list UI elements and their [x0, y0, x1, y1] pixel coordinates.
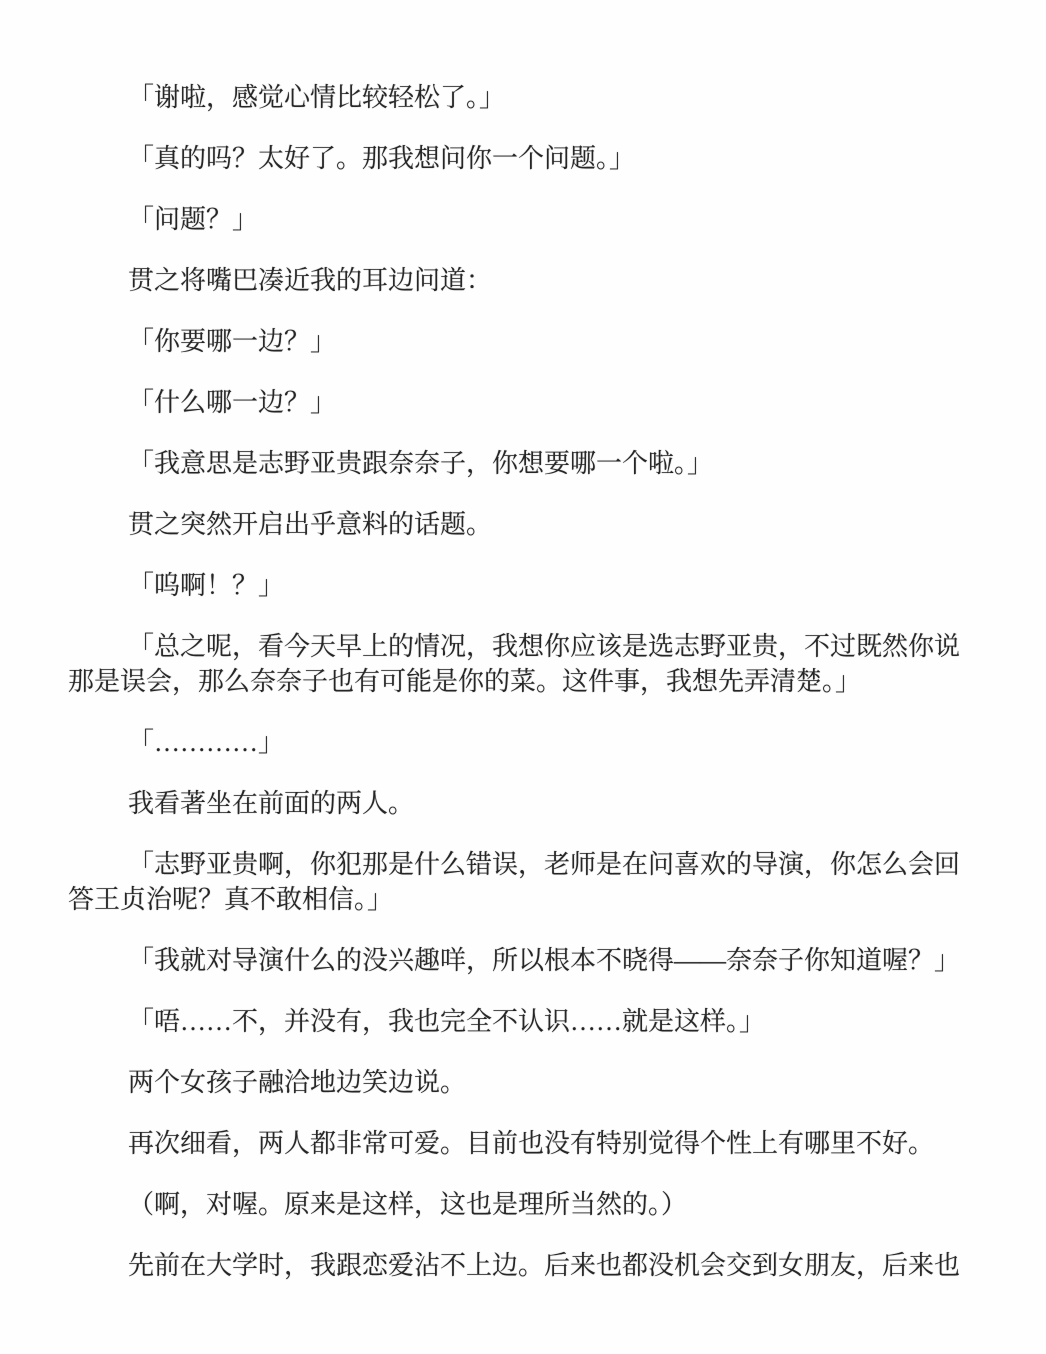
text-line: 「我意思是志野亚贵跟奈奈子，你想要哪一个啦。」 [68, 446, 976, 481]
paragraph: （啊，对喔。原来是这样，这也是理所当然的。） [68, 1187, 976, 1222]
text-line: 再次细看，两人都非常可爱。目前也没有特别觉得个性上有哪里不好。 [68, 1126, 976, 1161]
novel-page: 「谢啦，感觉心情比较轻松了。」 「真的吗？太好了。那我想问你一个问题。」 「问题… [0, 0, 1046, 1354]
text-line: 「总之呢，看今天早上的情况，我想你应该是选志野亚贵，不过既然你说 [68, 629, 976, 664]
paragraph: 「你要哪一边？」 [68, 324, 976, 359]
text-line: 我看著坐在前面的两人。 [68, 786, 976, 821]
paragraph: 「真的吗？太好了。那我想问你一个问题。」 [68, 141, 976, 176]
text-line: 「…………」 [68, 725, 976, 760]
paragraph: 贯之突然开启出乎意料的话题。 [68, 507, 976, 542]
text-line: （啊，对喔。原来是这样，这也是理所当然的。） [68, 1187, 976, 1222]
paragraph: 「呜啊！？」 [68, 568, 976, 603]
paragraph: 贯之将嘴巴凑近我的耳边问道： [68, 263, 976, 298]
paragraph: 再次细看，两人都非常可爱。目前也没有特别觉得个性上有哪里不好。 [68, 1126, 976, 1161]
paragraph: 「什么哪一边？」 [68, 385, 976, 420]
paragraph: 我看著坐在前面的两人。 [68, 786, 976, 821]
paragraph: 「我意思是志野亚贵跟奈奈子，你想要哪一个啦。」 [68, 446, 976, 481]
paragraph: 「…………」 [68, 725, 976, 760]
text-line: 「什么哪一边？」 [68, 385, 976, 420]
text-line: 贯之突然开启出乎意料的话题。 [68, 507, 976, 542]
text-line: 贯之将嘴巴凑近我的耳边问道： [68, 263, 976, 298]
text-line: 两个女孩子融洽地边笑边说。 [68, 1065, 976, 1100]
paragraph: 两个女孩子融洽地边笑边说。 [68, 1065, 976, 1100]
paragraph: 「谢啦，感觉心情比较轻松了。」 [68, 80, 976, 115]
text-line: 「谢啦，感觉心情比较轻松了。」 [68, 80, 976, 115]
text-line: 「呜啊！？」 [68, 568, 976, 603]
paragraph: 「我就对导演什么的没兴趣咩，所以根本不晓得——奈奈子你知道喔？」 [68, 943, 976, 978]
text-line: 那是误会，那么奈奈子也有可能是你的菜。这件事，我想先弄清楚。」 [68, 664, 976, 699]
paragraph: 「问题？」 [68, 202, 976, 237]
text-line: 「你要哪一边？」 [68, 324, 976, 359]
text-line: 「问题？」 [68, 202, 976, 237]
paragraph: 先前在大学时，我跟恋爱沾不上边。后来也都没机会交到女朋友，后来也 [68, 1248, 976, 1283]
text-line: 「我就对导演什么的没兴趣咩，所以根本不晓得——奈奈子你知道喔？」 [68, 943, 976, 978]
paragraph: 「志野亚贵啊，你犯那是什么错误，老师是在问喜欢的导演，你怎么会回 答王贞治呢？真… [68, 847, 976, 917]
paragraph: 「唔……不，并没有，我也完全不认识……就是这样。」 [68, 1004, 976, 1039]
text-line: 「志野亚贵啊，你犯那是什么错误，老师是在问喜欢的导演，你怎么会回 [68, 847, 976, 882]
text-line: 「唔……不，并没有，我也完全不认识……就是这样。」 [68, 1004, 976, 1039]
paragraph: 「总之呢，看今天早上的情况，我想你应该是选志野亚贵，不过既然你说 那是误会，那么… [68, 629, 976, 699]
text-line: 先前在大学时，我跟恋爱沾不上边。后来也都没机会交到女朋友，后来也 [68, 1248, 976, 1283]
text-line: 「真的吗？太好了。那我想问你一个问题。」 [68, 141, 976, 176]
text-line: 答王贞治呢？真不敢相信。」 [68, 882, 976, 917]
